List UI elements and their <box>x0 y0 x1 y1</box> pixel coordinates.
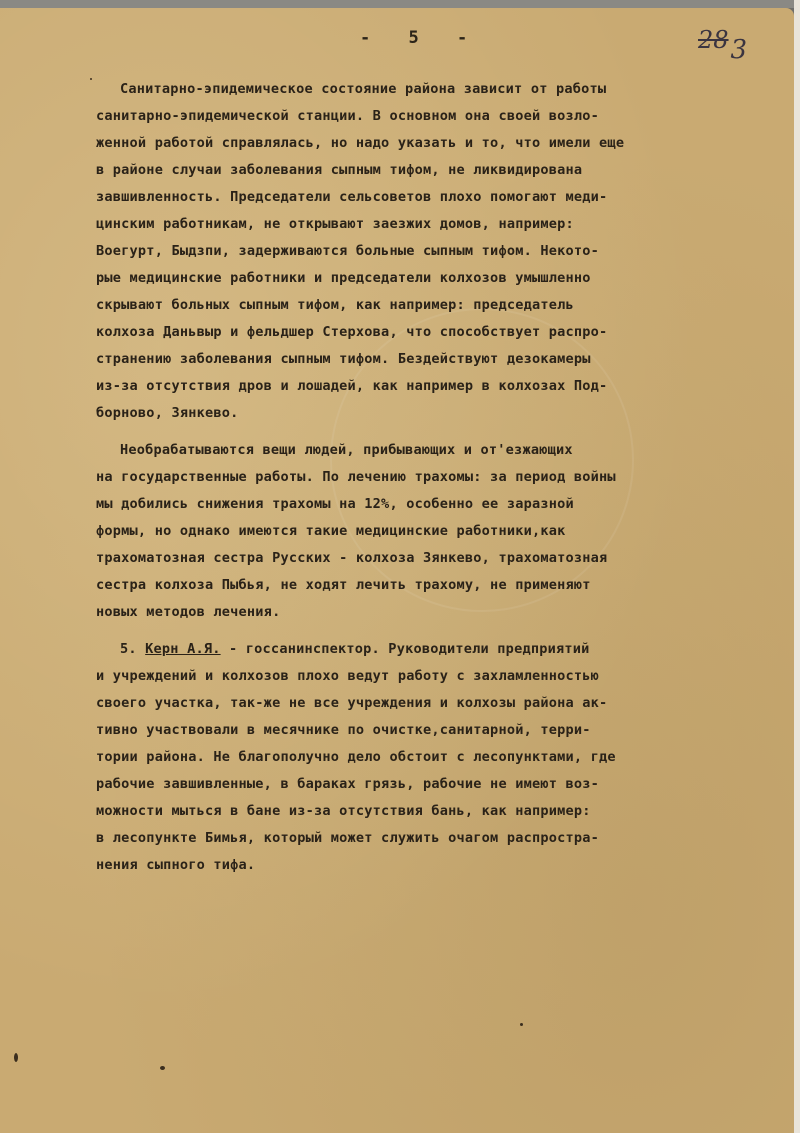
text-line: в районе случаи заболевания сыпным тифом… <box>96 157 776 184</box>
text-line: цинским работникам, не открывают заезжих… <box>96 211 776 238</box>
text-line: можности мыться в бане из-за отсутствия … <box>96 798 776 825</box>
text-line: 5. Керн А.Я. - госсанинспектор. Руководи… <box>96 636 776 663</box>
speaker-role: - госсанинспектор. Руководители предприя… <box>221 641 590 657</box>
item-number: 5. <box>120 641 145 657</box>
scan-top-border <box>0 0 800 8</box>
text-line: рабочие завшивленные, в бараках грязь, р… <box>96 771 776 798</box>
paragraph-2: Необрабатываются вещи людей, прибывающих… <box>96 437 776 626</box>
scan-right-edge <box>794 0 800 1133</box>
text-line: из-за отсутствия дров и лошадей, как нап… <box>96 373 776 400</box>
text-line: в лесопункте Бимья, который может служит… <box>96 825 776 852</box>
document-body: Санитарно-эпидемическое состояние района… <box>96 76 776 879</box>
text-line: странению заболевания сыпным тифом. Безд… <box>96 346 776 373</box>
text-line: завшивленность. Председатели сельсоветов… <box>96 184 776 211</box>
speaker-name: Керн А.Я. <box>145 641 220 657</box>
page-number: - 5 - <box>360 28 481 48</box>
text-line: новых методов лечения. <box>96 599 776 626</box>
paragraph-1: Санитарно-эпидемическое состояние района… <box>96 76 776 427</box>
archive-mark-new: 3 <box>731 35 748 65</box>
text-line: Санитарно-эпидемическое состояние района… <box>96 76 776 103</box>
text-line: нения сыпного тифа. <box>96 852 776 879</box>
text-line: мы добились снижения трахомы на 12%, осо… <box>96 491 776 518</box>
archive-mark-old: 28 <box>698 26 729 54</box>
text-line: женной работой справлялась, но надо указ… <box>96 130 776 157</box>
text-line: колхоза Даньвыр и фельдшер Стерхова, что… <box>96 319 776 346</box>
text-line: сестра колхоза Пыбья, не ходят лечить тр… <box>96 572 776 599</box>
text-line: своего участка, так-же не все учреждения… <box>96 690 776 717</box>
text-line: тории района. Не благополучно дело обсто… <box>96 744 776 771</box>
archive-folio-mark: 283 <box>698 25 747 55</box>
text-line: формы, но однако имеются такие медицинск… <box>96 518 776 545</box>
text-line: борново, Зянкево. <box>96 400 776 427</box>
text-line: скрывают больных сыпным тифом, как напри… <box>96 292 776 319</box>
text-line: Необрабатываются вещи людей, прибывающих… <box>96 437 776 464</box>
text-line: и учреждений и колхозов плохо ведут рабо… <box>96 663 776 690</box>
text-line: санитарно-эпидемической станции. В основ… <box>96 103 776 130</box>
text-line: тивно участвовали в месячнике по очистке… <box>96 717 776 744</box>
paragraph-3: 5. Керн А.Я. - госсанинспектор. Руководи… <box>96 636 776 879</box>
text-line: на государственные работы. По лечению тр… <box>96 464 776 491</box>
text-line: Воегурт, Быдзпи, задерживаются больные с… <box>96 238 776 265</box>
text-line: рые медицинские работники и председатели… <box>96 265 776 292</box>
text-line: трахоматозная сестра Русских - колхоза З… <box>96 545 776 572</box>
